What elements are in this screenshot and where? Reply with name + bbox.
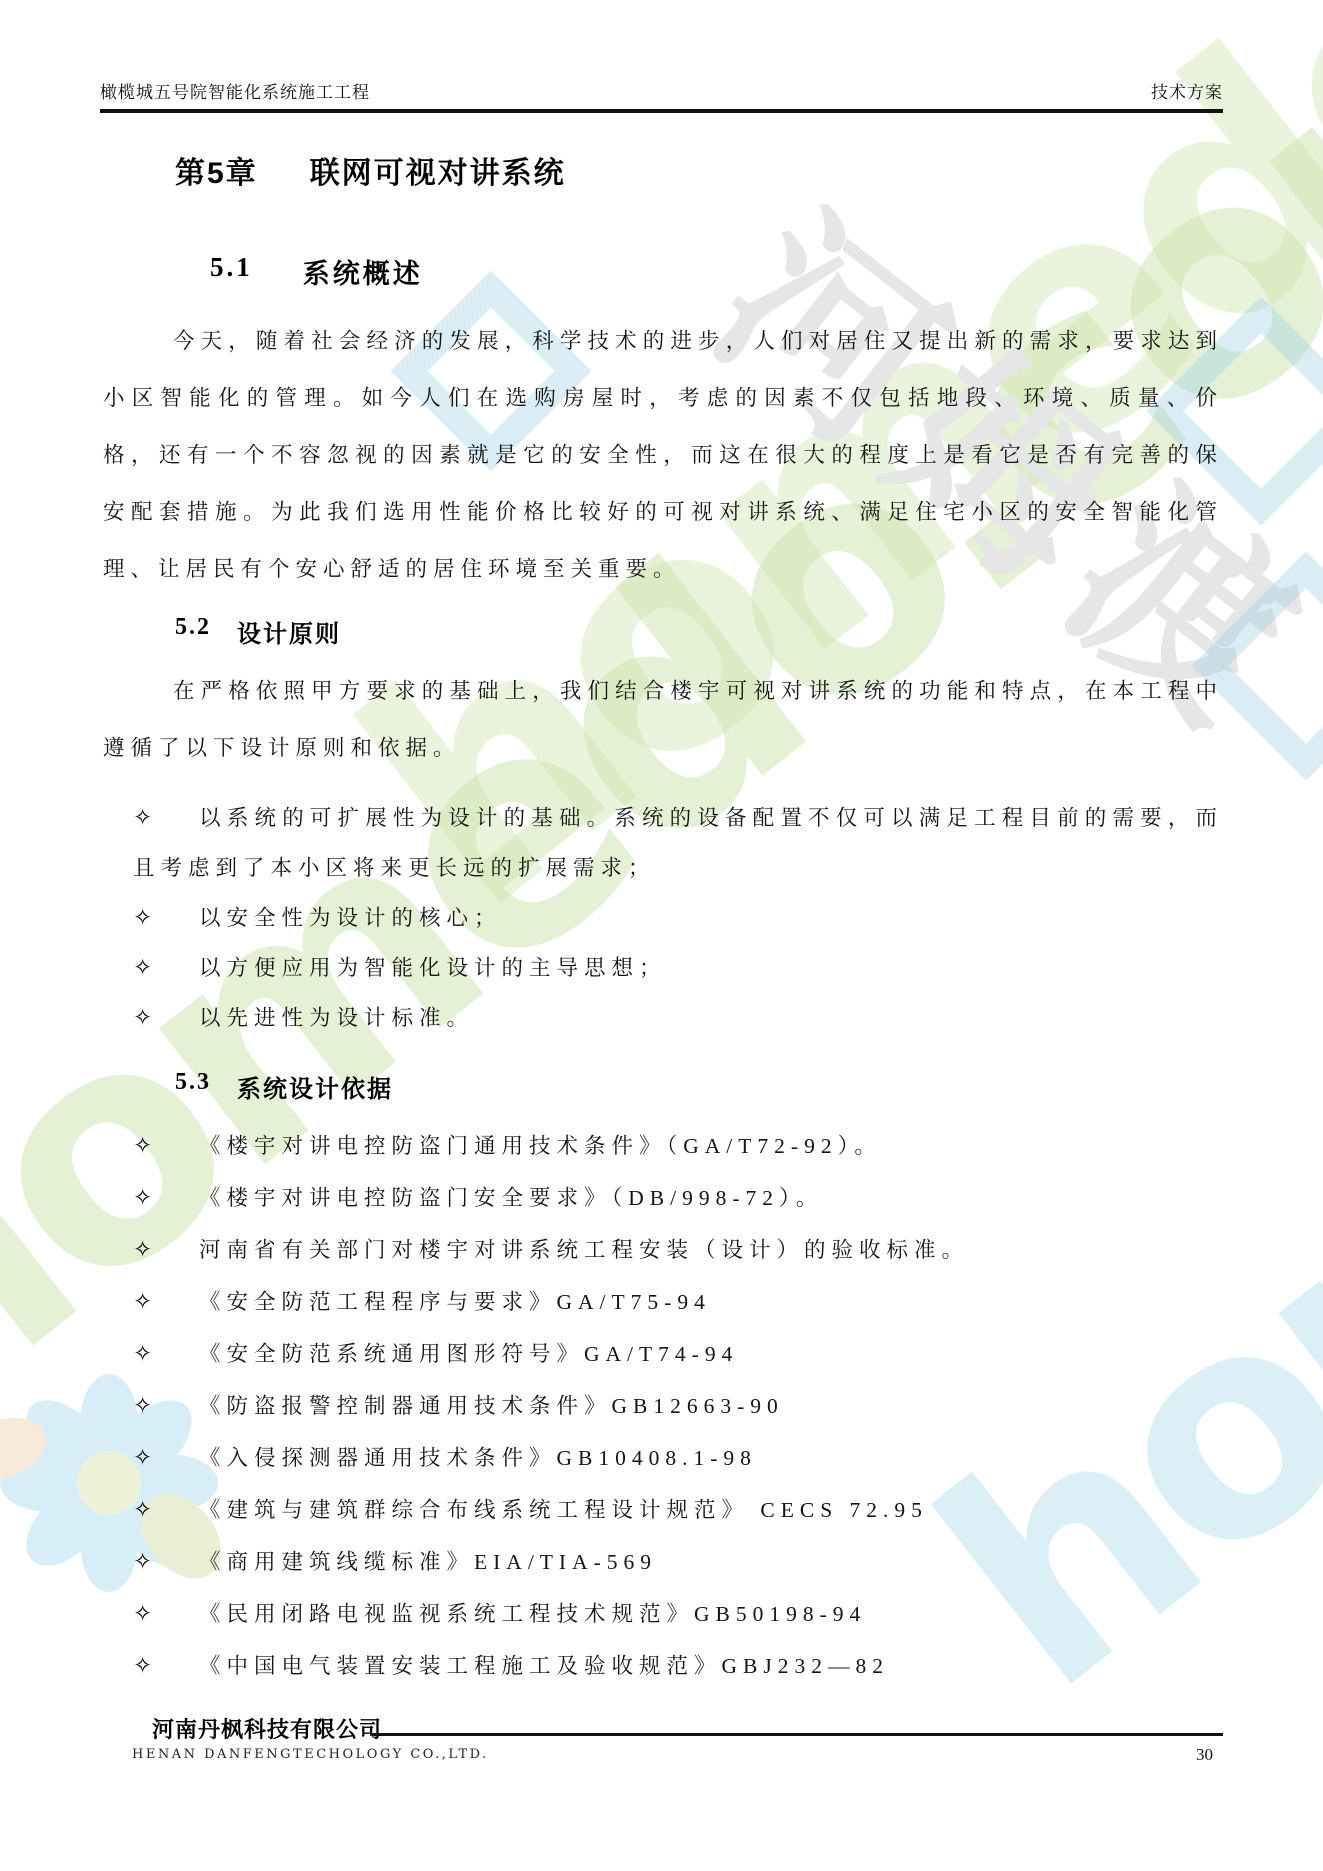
footer-company-name-cn: 河南丹枫科技有限公司 <box>152 1713 382 1744</box>
document-content: 橄榄城五号院智能化系统施工工程 技术方案 第5章 联网可视对讲系统 5.1 系统… <box>0 0 1323 1871</box>
list-item: ✧《民用闭路电视监视系统工程技术规范》GB50198-94 <box>133 1588 1223 1640</box>
list-item: ✧以系统的可扩展性为设计的基础。系统的设备配置不仅可以满足工程目前的需要，而且考… <box>133 793 1223 893</box>
section-number: 5.3 <box>175 1069 211 1104</box>
diamond-bullet-icon: ✧ <box>133 1328 199 1380</box>
section-51-paragraph: 今天，随着社会经济的发展，科学技术的进步，人们对居住又提出新的需求，要求达到小区… <box>103 313 1223 598</box>
list-item: ✧以安全性为设计的核心； <box>133 893 1223 943</box>
diamond-bullet-icon: ✧ <box>133 1380 199 1432</box>
list-item-text: 以安全性为设计的核心； <box>199 906 502 930</box>
page-number: 30 <box>1196 1745 1213 1765</box>
diamond-bullet-icon: ✧ <box>133 1640 199 1692</box>
list-item: ✧《入侵探测器通用技术条件》GB10408.1-98 <box>133 1432 1223 1484</box>
list-item: ✧《防盗报警控制器通用技术条件》GB12663-90 <box>133 1380 1223 1432</box>
list-item-text: 《民用闭路电视监视系统工程技术规范》GB50198-94 <box>199 1602 866 1626</box>
list-item-text: 《中国电气装置安装工程施工及验收规范》GBJ232—82 <box>199 1654 889 1678</box>
section-52-paragraph: 在严格依照甲方要求的基础上，我们结合楼宇可视对讲系统的功能和特点，在本工程中遵循… <box>103 663 1223 777</box>
design-references-list: ✧《楼宇对讲电控防盗门通用技术条件》（GA/T72-92）。 ✧《楼宇对讲电控防… <box>103 1120 1223 1692</box>
list-item: ✧《商用建筑线缆标准》EIA/TIA-569 <box>133 1536 1223 1588</box>
diamond-bullet-icon: ✧ <box>133 1120 199 1172</box>
list-item-text: 以先进性为设计标准。 <box>199 1006 474 1030</box>
list-item: ✧《中国电气装置安装工程施工及验收规范》GBJ232—82 <box>133 1640 1223 1692</box>
footer-company-name-en: HENAN DANFENGTECHOLOGY CO.,LTD. <box>132 1747 489 1762</box>
list-item: ✧河南省有关部门对楼宇对讲系统工程安装（设计）的验收标准。 <box>133 1224 1223 1276</box>
diamond-bullet-icon: ✧ <box>133 943 199 993</box>
body-column: 第5章 联网可视对讲系统 5.1 系统概述 今天，随着社会经济的发展，科学技术的… <box>103 112 1223 1692</box>
section-51-heading: 5.1 系统概述 <box>210 252 1223 291</box>
section-title: 系统设计依据 <box>237 1069 393 1104</box>
list-item: ✧《安全防范系统通用图形符号》GA/T74-94 <box>133 1328 1223 1380</box>
section-title: 设计原则 <box>237 614 341 649</box>
list-item-text: 河南省有关部门对楼宇对讲系统工程安装（设计）的验收标准。 <box>199 1238 969 1262</box>
list-item: ✧《建筑与建筑群综合布线系统工程设计规范》 CECS 72.95 <box>133 1484 1223 1536</box>
diamond-bullet-icon: ✧ <box>133 1588 199 1640</box>
diamond-bullet-icon: ✧ <box>133 1276 199 1328</box>
document-page: homedo.com homedo.com homedo.com 河姆渡 橄榄城… <box>0 0 1323 1871</box>
header-doc-type: 技术方案 <box>1151 78 1223 103</box>
diamond-bullet-icon: ✧ <box>133 1224 199 1276</box>
list-item-text: 以系统的可扩展性为设计的基础。系统的设备配置不仅可以满足工程目前的需要，而且考虑… <box>133 806 1223 880</box>
list-item-text: 《商用建筑线缆标准》EIA/TIA-569 <box>199 1550 657 1574</box>
list-item-text: 《安全防范系统通用图形符号》GA/T74-94 <box>199 1342 738 1366</box>
list-item-text: 以方便应用为智能化设计的主导思想； <box>199 956 667 980</box>
list-item-text: 《楼宇对讲电控防盗门通用技术条件》（GA/T72-92）。 <box>199 1134 882 1158</box>
chapter-title-text: 联网可视对讲系统 <box>310 148 566 192</box>
chapter-number: 第5章 <box>175 148 258 192</box>
list-item: ✧《楼宇对讲电控防盗门通用技术条件》（GA/T72-92）。 <box>133 1120 1223 1172</box>
list-item-text: 《入侵探测器通用技术条件》GB10408.1-98 <box>199 1446 757 1470</box>
page-header: 橄榄城五号院智能化系统施工工程 技术方案 <box>100 78 1223 113</box>
header-project-title: 橄榄城五号院智能化系统施工工程 <box>100 78 370 103</box>
section-number: 5.1 <box>210 252 253 291</box>
design-principles-list: ✧以系统的可扩展性为设计的基础。系统的设备配置不仅可以满足工程目前的需要，而且考… <box>103 793 1223 1043</box>
footer-divider <box>372 1733 1223 1736</box>
diamond-bullet-icon: ✧ <box>133 1432 199 1484</box>
list-item-text: 《建筑与建筑群综合布线系统工程设计规范》 CECS 72.95 <box>199 1498 928 1522</box>
list-item-text: 《安全防范工程程序与要求》GA/T75-94 <box>199 1290 711 1314</box>
diamond-bullet-icon: ✧ <box>133 993 199 1043</box>
list-item: ✧《安全防范工程程序与要求》GA/T75-94 <box>133 1276 1223 1328</box>
section-title: 系统概述 <box>303 252 423 291</box>
diamond-bullet-icon: ✧ <box>133 793 199 843</box>
list-item: ✧以方便应用为智能化设计的主导思想； <box>133 943 1223 993</box>
list-item: ✧以先进性为设计标准。 <box>133 993 1223 1043</box>
section-53-heading: 5.3 系统设计依据 <box>175 1069 1223 1104</box>
section-number: 5.2 <box>175 614 211 649</box>
diamond-bullet-icon: ✧ <box>133 1484 199 1536</box>
diamond-bullet-icon: ✧ <box>133 1536 199 1588</box>
list-item: ✧《楼宇对讲电控防盗门安全要求》（DB/998-72）。 <box>133 1172 1223 1224</box>
list-item-text: 《防盗报警控制器通用技术条件》GB12663-90 <box>199 1394 784 1418</box>
diamond-bullet-icon: ✧ <box>133 893 199 943</box>
diamond-bullet-icon: ✧ <box>133 1172 199 1224</box>
page-footer: 河南丹枫科技有限公司 HENAN DANFENGTECHOLOGY CO.,LT… <box>0 1705 1323 1785</box>
section-52-heading: 5.2 设计原则 <box>175 614 1223 649</box>
list-item-text: 《楼宇对讲电控防盗门安全要求》（DB/998-72）。 <box>199 1186 823 1210</box>
chapter-heading: 第5章 联网可视对讲系统 <box>175 148 1223 192</box>
